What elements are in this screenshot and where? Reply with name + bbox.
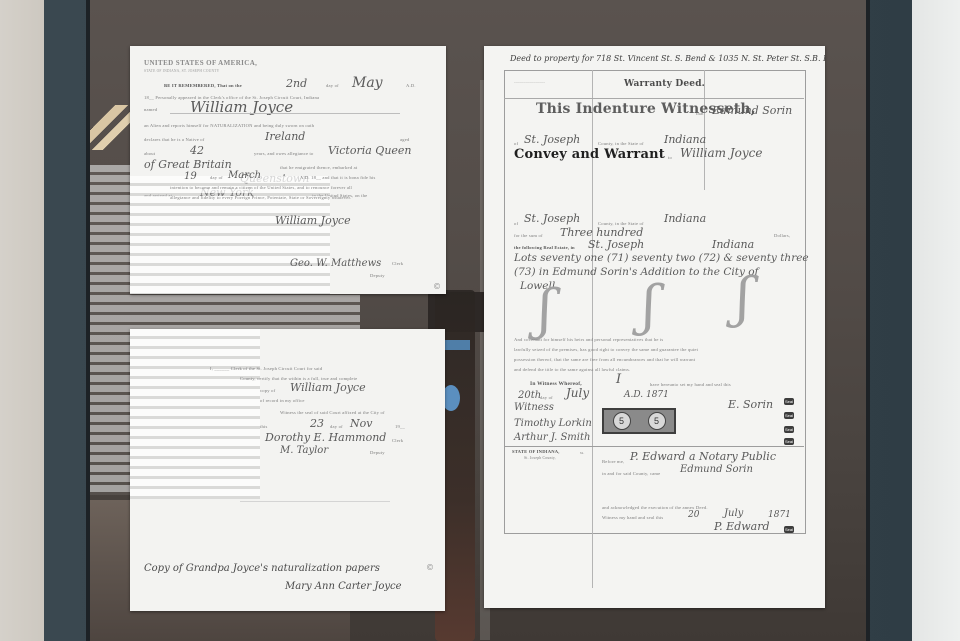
ack-day: 20	[688, 510, 699, 520]
deed-label: have hereunto set my hand and seal this	[650, 383, 731, 388]
copy-deputy-label: Deputy	[370, 451, 385, 456]
cert-line: BE IT REMEMBERED, That on the	[164, 84, 242, 89]
ack-year: 1871	[768, 510, 791, 520]
footer-signature: Mary Ann Carter Joyce	[285, 581, 402, 592]
copy-hand-name: William Joyce	[290, 381, 366, 394]
cert-line: aged	[400, 138, 409, 143]
deed-day: 20th	[518, 390, 541, 401]
copy-line: Witness the seal of said Court affixed a…	[280, 411, 385, 416]
deed-label: Witness my hand and seal this	[602, 516, 663, 521]
witness-signature: Arthur J. Smith	[514, 432, 590, 443]
deputy-label: Deputy	[370, 274, 385, 279]
legal-description-line: Lots seventy one (71) seventy two (72) &…	[514, 252, 809, 264]
covenant-line: and defend the title to the same against…	[514, 368, 630, 373]
covenant-line: possession thereof, that the same are fr…	[514, 358, 695, 363]
seal-marker: Seal	[784, 526, 794, 533]
grantor-name: Edmund Sorin	[712, 104, 792, 117]
covenant-line: And covenant for himself his heirs and p…	[514, 338, 663, 343]
ack-county-header: St. Joseph County,	[524, 457, 556, 461]
witness-hand: I	[616, 372, 621, 387]
cert-hand-day2: 19	[184, 171, 197, 182]
flourish-mark: ʃ	[642, 274, 657, 337]
covenant-line: lawfully seized of the premises, has goo…	[514, 348, 698, 353]
wall-left	[0, 0, 44, 641]
seal-marker: Seal	[784, 426, 794, 433]
cert-hand-month: May	[352, 75, 383, 91]
copy-line: this	[260, 425, 267, 430]
real-estate-county: St. Joseph	[588, 238, 644, 251]
cert-line: about	[144, 152, 155, 157]
deed-label: in and for said County, came	[602, 472, 660, 477]
cert-hand-allegiance: Victoria Queen	[328, 144, 412, 157]
cert-line: declares that he is a Native of	[144, 138, 205, 143]
witnesses-label: Witness	[514, 402, 554, 413]
deed-label: Before me,	[602, 460, 624, 465]
deed-label: that	[696, 112, 704, 117]
convey-heading: Convey and Warrant	[514, 148, 665, 161]
copy-hand-month: Nov	[350, 417, 372, 430]
ack-month: July	[724, 508, 743, 519]
certificate-header: UNITED STATES OF AMERICA,	[144, 60, 257, 67]
corner-mark: ©	[426, 563, 434, 572]
reflection-light-fixture	[90, 105, 130, 150]
cert-hand-age: 42	[190, 144, 204, 157]
underline	[170, 113, 400, 114]
cert-line: day of	[326, 84, 339, 89]
deed-label: day of	[540, 396, 553, 401]
cert-line: A.D.	[406, 84, 416, 89]
flourish-mark: ʃ	[538, 278, 553, 341]
cert-hand-day: 2nd	[286, 77, 307, 90]
grantor-signature: E. Sorin	[728, 398, 773, 411]
ack-state-header: STATE OF INDIANA,	[512, 450, 560, 455]
cert-line: intention to become and remain a citizen…	[170, 186, 352, 191]
certificate-subheader: STATE OF INDIANA, ST. JOSEPH COUNTY	[144, 70, 219, 74]
deed-title: Warranty Deed.	[624, 80, 705, 89]
seal-marker: Seal	[784, 398, 794, 405]
cert-line: A.D. 18__ and that it is bona fide his	[300, 176, 375, 181]
certified-copy-page: I, ______ Clerk of the St. Joseph Circui…	[130, 329, 445, 611]
ack-ss: ss.	[580, 452, 585, 456]
naturalization-certificate: UNITED STATES OF AMERICA, STATE OF INDIA…	[130, 46, 446, 294]
wall-right	[912, 0, 960, 641]
copy-clerk-label: Clerk	[392, 439, 403, 444]
grantor-state: Indiana	[664, 133, 706, 146]
cert-hand-native: Ireland	[265, 130, 305, 143]
deed-handwritten-note: Deed to property for 718 St. Vincent St.…	[510, 54, 825, 63]
cert-line: years, and owes allegiance to	[254, 152, 314, 157]
clerk-signature: Geo. W. Matthews	[290, 258, 381, 269]
applicant-signature: William Joyce	[275, 214, 351, 227]
copy-clerk-signature: Dorothy E. Hammond	[265, 431, 386, 444]
ack-appeared: Edmund Sorin	[680, 464, 753, 475]
grantee-county: St. Joseph	[524, 212, 580, 225]
clerk-label: Clerk	[392, 262, 403, 267]
divider	[240, 501, 390, 502]
flourish-mark: ʃ	[736, 266, 751, 329]
deed-label: to	[668, 156, 672, 161]
cert-hand-month2: March	[228, 170, 261, 181]
grantee-name: William Joyce	[680, 146, 762, 160]
deed-label: County, in the State of	[598, 142, 644, 147]
seal-marker: Seal	[784, 438, 794, 445]
grantor-county: St. Joseph	[524, 133, 580, 146]
deed-month: July	[566, 386, 589, 400]
deed-label: of	[514, 222, 518, 227]
copy-line: of record in my office	[260, 399, 305, 404]
reflection-blue-band	[442, 340, 470, 350]
cert-line: named	[144, 108, 157, 113]
header-rule	[504, 98, 804, 99]
deed-label: Dollars,	[774, 234, 790, 239]
filing-block: ________________	[514, 80, 545, 84]
deed-label: for the sum of	[514, 234, 543, 239]
grantee-state: Indiana	[664, 212, 706, 225]
deed-label: the following Real Estate, in	[514, 246, 575, 251]
copy-line: I, ______ Clerk of the St. Joseph Circui…	[210, 367, 322, 372]
notary-signature: P. Edward	[714, 520, 770, 533]
deed-label: of	[514, 142, 518, 147]
revenue-stamp: 5 5	[602, 408, 676, 434]
copy-line: copy of	[260, 389, 275, 394]
deed-year: A.D. 1871	[624, 390, 669, 400]
copy-hand-day: 23	[310, 417, 324, 430]
seal-marker: Seal	[784, 412, 794, 419]
cert-line: day of	[210, 176, 223, 181]
cert-hand-country: of Great Britain	[144, 158, 232, 171]
legal-description-line: (73) in Edmund Sorin's Addition to the C…	[514, 266, 758, 278]
corner-mark: ©	[433, 282, 441, 291]
cert-line: an Alien and reports himself for NATURAL…	[144, 124, 314, 129]
copy-deputy-signature: M. Taylor	[280, 445, 328, 456]
cert-line: allegiance and fidelity to every Foreign…	[170, 196, 351, 201]
copy-line: day of	[330, 425, 343, 430]
cert-line: that he emigrated thence, embarked at	[280, 166, 357, 171]
copy-line: 19__	[395, 425, 405, 430]
reflection-blinds-overlay	[130, 176, 330, 294]
notary-officer: P. Edward a Notary Public	[630, 450, 776, 463]
footer-note: Copy of Grandpa Joyce's naturalization p…	[144, 563, 380, 574]
witness-signature: Timothy Lorkin	[514, 418, 592, 429]
stamp-denomination: 5	[648, 412, 666, 430]
warranty-deed: Deed to property for 718 St. Vincent St.…	[484, 46, 825, 608]
real-estate-state: Indiana	[712, 238, 754, 251]
stamp-denomination: 5	[613, 412, 631, 430]
reflection-blinds-overlay	[130, 329, 260, 499]
